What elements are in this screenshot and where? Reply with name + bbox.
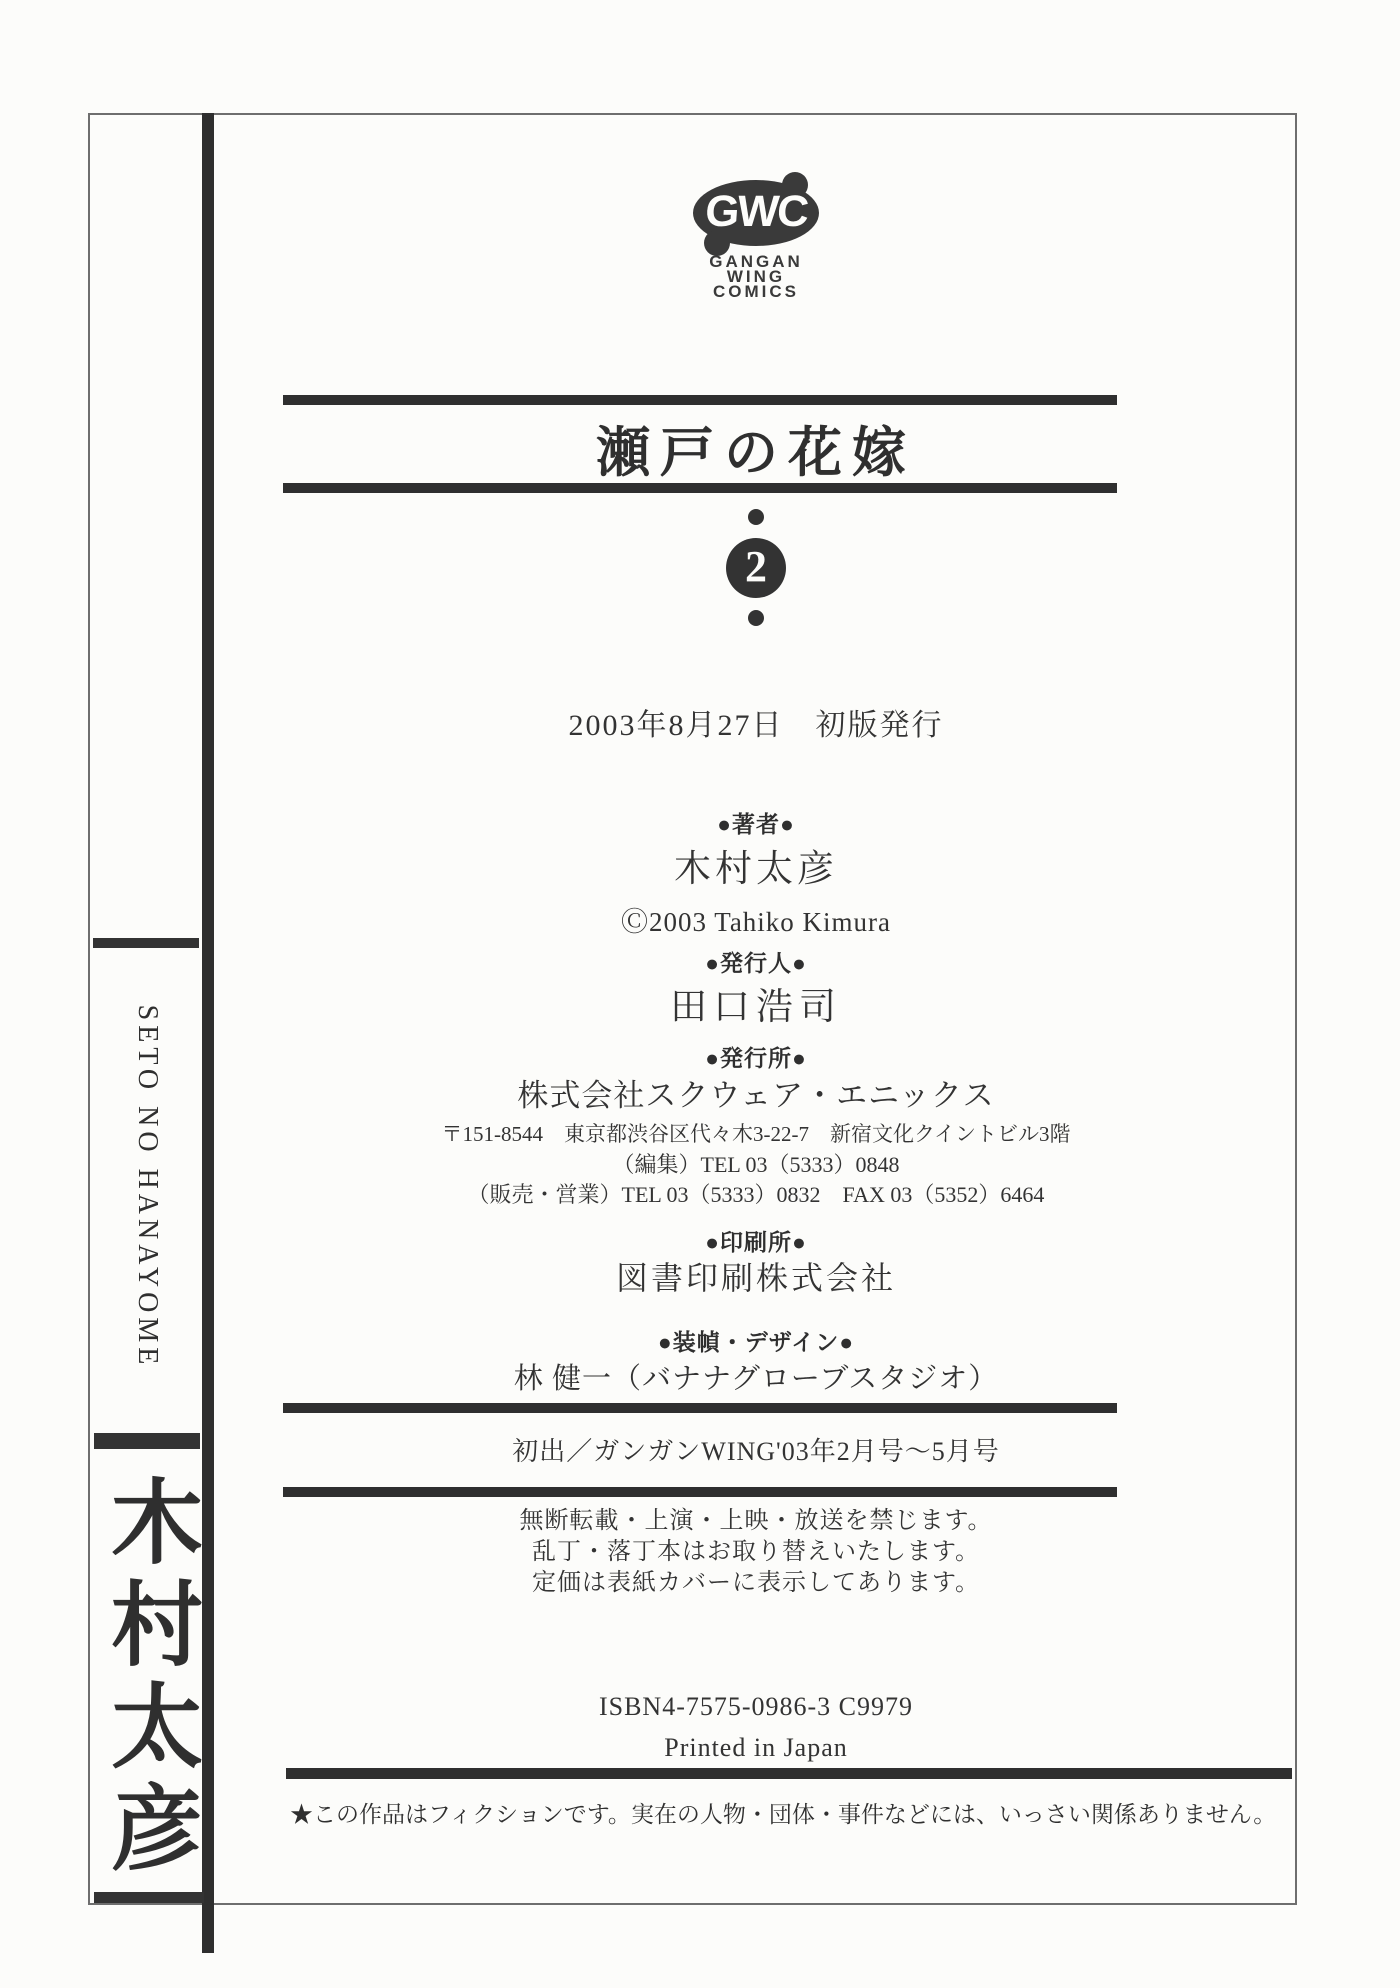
spine-rule-top <box>93 938 199 948</box>
spine-romaji-title: SETO NO HANAYOME <box>133 962 163 1412</box>
author-name: 木村太彦 <box>215 838 1297 892</box>
fiction-rule <box>286 1768 1292 1779</box>
firstpub-rule-top <box>283 1403 1117 1413</box>
isbn-line: ISBN4-7575-0986-3 C9979 <box>215 1692 1297 1722</box>
issuer-name: 田口浩司 <box>215 976 1297 1030</box>
fiction-note: ★この作品はフィクションです。実在の人物・団体・事件などには、いっさい関係ありま… <box>290 1796 1300 1829</box>
series-title: 瀬戸の花嫁 <box>215 410 1297 487</box>
volume-dot-icon <box>748 610 764 626</box>
tel-editorial: （編集）TEL 03（5333）0848 <box>215 1148 1297 1179</box>
title-rule-top <box>283 395 1117 405</box>
printer-name: 図書印刷株式会社 <box>215 1253 1297 1299</box>
volume-marker: 2 <box>556 505 956 630</box>
logo-monogram: GWC <box>685 180 828 246</box>
spine-divider-bar <box>202 113 214 1953</box>
spine-rule-middle <box>94 1433 200 1449</box>
notice-line: 乱丁・落丁本はお取り替えいたします。 <box>215 1537 1297 1568</box>
publisher-name: 株式会社スクウェア・エニックス <box>215 1070 1297 1115</box>
publisher-address: 〒151-8544 東京都渋谷区代々木3-22-7 新宿文化クイントビル3階 <box>215 1118 1297 1148</box>
copyright-line: Ⓒ2003 Tahiko Kimura <box>215 900 1297 939</box>
first-publication: 初出／ガンガンWING'03年2月号〜5月号 <box>215 1431 1297 1468</box>
printed-in-line: Printed in Japan <box>215 1733 1297 1763</box>
colophon-page: SETO NO HANAYOME 木村太彦 GWC GANGAN WING CO… <box>0 0 1400 1988</box>
design-label: ●装幀・デザイン● <box>215 1324 1297 1357</box>
issuer-label: ●発行人● <box>215 945 1297 978</box>
publisher-label: ●発行所● <box>215 1040 1297 1073</box>
volume-number-badge: 2 <box>726 538 786 598</box>
firstpub-rule-bottom <box>283 1487 1117 1497</box>
notice-line: 無断転載・上演・上映・放送を禁じます。 <box>215 1506 1297 1537</box>
volume-dot-icon <box>748 509 764 525</box>
legal-notices: 無断転載・上演・上映・放送を禁じます。 乱丁・落丁本はお取り替えいたします。 定… <box>215 1506 1297 1599</box>
spine-author-name: 木村太彦 <box>99 1474 199 1904</box>
author-label: ●著者● <box>215 806 1297 839</box>
title-rule-bottom <box>283 483 1117 493</box>
logo-wordmark: GANGAN WING COMICS <box>556 254 956 299</box>
tel-sales-fax: （販売・営業）TEL 03（5333）0832 FAX 03（5352）6464 <box>215 1178 1297 1209</box>
publisher-logo: GWC GANGAN WING COMICS <box>556 150 956 310</box>
logo-wordmark-line: COMICS <box>556 284 956 299</box>
notice-line: 定価は表紙カバーに表示してあります。 <box>215 1568 1297 1599</box>
edition-date: 2003年8月27日 初版発行 <box>215 700 1297 744</box>
designer-name: 林 健一（バナナグローブスタジオ） <box>215 1356 1297 1397</box>
